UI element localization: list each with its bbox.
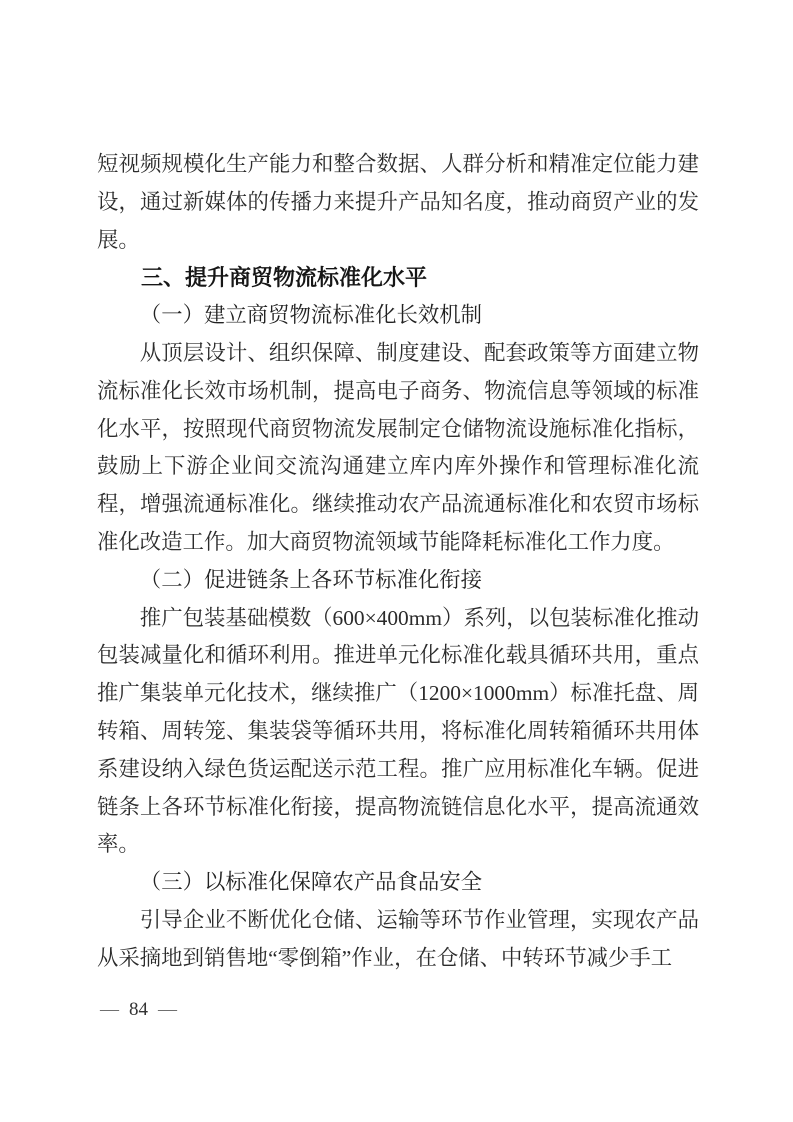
page-number: 84 [129,999,148,1020]
document-page: 短视频规模化生产能力和整合数据、人群分析和精准定位能力建设，通过新媒体的传播力来… [0,0,793,1122]
paragraph: 引导企业不断优化仓储、运输等环节作业管理，实现农产品从采摘地到销售地“零倒箱”作… [97,902,699,978]
subsection-heading: （一）建立商贸物流标准化长效机制 [97,297,699,335]
paragraph: 推广包装基础模数（600×400mm）系列，以包装标准化推动包装减量化和循环利用… [97,600,699,865]
footer-left-dash: — [100,999,119,1020]
subsection-heading: （三）以标准化保障农产品食品安全 [97,864,699,902]
subsection-heading: （二）促进链条上各环节标准化衔接 [97,562,699,600]
document-body: 短视频规模化生产能力和整合数据、人群分析和精准定位能力建设，通过新媒体的传播力来… [97,146,699,978]
paragraph-continued: 短视频规模化生产能力和整合数据、人群分析和精准定位能力建设，通过新媒体的传播力来… [97,146,699,259]
paragraph: 从顶层设计、组织保障、制度建设、配套政策等方面建立物流标准化长效市场机制，提高电… [97,335,699,562]
page-footer: —84— [100,999,177,1021]
section-heading: 三、提升商贸物流标准化水平 [97,259,699,297]
footer-right-dash: — [158,999,177,1020]
